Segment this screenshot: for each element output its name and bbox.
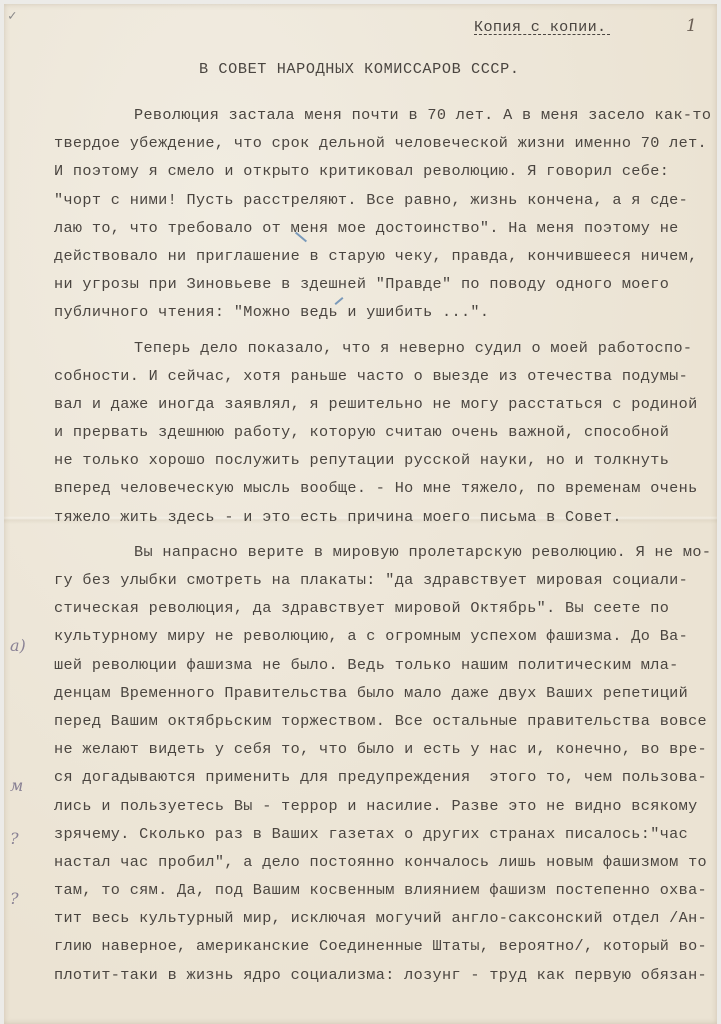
text-line: Теперь дело показало, что я неверно суди… — [54, 334, 721, 362]
paragraph: Революция застала меня почти в 70 лет. А… — [54, 101, 721, 327]
paragraph-gap — [54, 531, 721, 538]
copy-label-underline — [474, 34, 610, 35]
margin-note: ? — [10, 889, 19, 908]
text-line: культурному миру не революцию, а с огром… — [54, 622, 721, 650]
margin-note: м — [10, 776, 23, 795]
text-line: плотит-таки в жизнь ядро социализма: лоз… — [54, 961, 721, 989]
text-line: там, то сям. Да, под Вашим косвенным вли… — [54, 876, 721, 904]
text-line: стическая революция, да здравствует миро… — [54, 594, 721, 622]
text-line: лаю то, что требовало от меня мое достои… — [54, 214, 721, 242]
text-line: не только хорошо послужить репутации рус… — [54, 446, 721, 474]
text-line: тяжело жить здесь - и это есть причина м… — [54, 503, 721, 531]
text-line: Революция застала меня почти в 70 лет. А… — [54, 101, 721, 129]
document-title: В СОВЕТ НАРОДНЫХ КОМИССАРОВ СССР. — [199, 60, 520, 78]
text-line: перед Вашим октябрьским торжеством. Все … — [54, 707, 721, 735]
text-line: публичного чтения: "Можно ведь и ушибить… — [54, 298, 721, 326]
text-line: действовало ни приглашение в старую чеку… — [54, 242, 721, 270]
text-line: глию наверное, американские Соединенные … — [54, 932, 721, 960]
paragraph-gap — [54, 327, 721, 334]
letter-body: Революция застала меня почти в 70 лет. А… — [54, 101, 721, 989]
text-line: шей революции фашизма не было. Ведь толь… — [54, 651, 721, 679]
page-number: 1 — [686, 16, 697, 36]
paragraph: Вы напрасно верите в мировую пролетарску… — [54, 538, 721, 989]
text-line: ни угрозы при Зиновьеве в здешней "Правд… — [54, 270, 721, 298]
check-mark-icon: ✓ — [8, 8, 16, 25]
text-line: зрячему. Сколько раз в Ваших газетах о д… — [54, 820, 721, 848]
text-line: не желают видеть у себя то, что было и е… — [54, 735, 721, 763]
document-page: ✓ Копия с копии. 1 В СОВЕТ НАРОДНЫХ КОМИ… — [4, 4, 717, 1024]
text-line: твердое убеждение, что срок дельной чело… — [54, 129, 721, 157]
text-line: и прервать здешнюю работу, которую счита… — [54, 418, 721, 446]
text-line: Вы напрасно верите в мировую пролетарску… — [54, 538, 721, 566]
text-line: настал час пробил", а дело постоянно кон… — [54, 848, 721, 876]
text-line: собности. И сейчас, хотя раньше часто о … — [54, 362, 721, 390]
margin-note: a) — [10, 636, 26, 655]
margin-note: ? — [10, 829, 19, 848]
text-line: гу без улыбки смотреть на плакаты: "да з… — [54, 566, 721, 594]
text-line: лись и пользуетесь Вы - террор и насилие… — [54, 792, 721, 820]
paragraph: Теперь дело показало, что я неверно суди… — [54, 334, 721, 531]
text-line: тит весь культурный мир, исключая могучи… — [54, 904, 721, 932]
text-line: вперед человеческую мысль вообще. - Но м… — [54, 474, 721, 502]
text-line: денцам Временного Правительства было мал… — [54, 679, 721, 707]
text-line: И поэтому я смело и открыто критиковал р… — [54, 157, 721, 185]
text-line: вал и даже иногда заявлял, я решительно … — [54, 390, 721, 418]
text-line: "чорт с ними! Пусть расстреляют. Все рав… — [54, 186, 721, 214]
text-line: ся догадываются применить для предупрежд… — [54, 763, 721, 791]
